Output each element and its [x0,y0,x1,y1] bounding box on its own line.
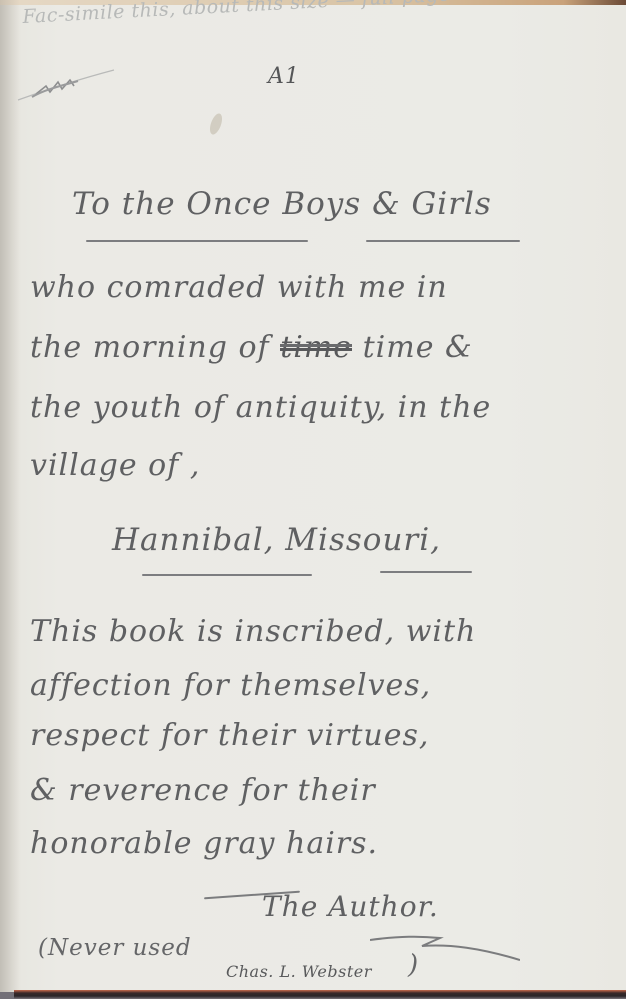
page-bottom-edge [14,990,626,999]
place-underline-right [380,571,472,573]
place-underline-left [142,574,312,576]
webster-signature: Chas. L. Webster [226,962,372,981]
body-line-3: respect for their virtues, [30,718,429,753]
struck-out-word: time [280,330,352,365]
line-2-after: time & [352,330,473,365]
line-2-before: the morning of [30,330,280,365]
gutter-shadow [0,0,20,992]
paper-smudge [208,112,225,136]
body-line-4: & reverence for their [30,773,376,808]
scribbled-out-mark [16,64,116,104]
heading-underline-left [86,240,308,242]
body-line-5: honorable gray hairs. [30,826,378,861]
dedication-line-3: the youth of antiquity, in the [30,390,491,425]
dedication-heading: To the Once Boys & Girls [72,186,492,222]
heading-underline-right [366,240,520,242]
body-line-2: affection for themselves, [30,668,431,703]
dedication-line-1: who comraded with me in [30,270,448,305]
never-used-note: (Never used [38,935,192,961]
place-name: Hannibal, Missouri, [112,522,441,558]
dedication-line-4: village of , [30,448,200,483]
manuscript-page: Fac-simile this, about this size — full … [0,0,626,992]
author-signature: The Author. [262,890,439,923]
note-closing-paren: ) [408,950,419,980]
body-line-1: This book is inscribed, with [30,614,476,649]
folio-number: A1 [268,64,300,89]
pencil-note-facsimile: Fac-simile this, about this size — full … [22,0,451,28]
signature-underline-flourish [370,934,520,964]
dedication-line-2: the morning of time time & [30,330,473,365]
